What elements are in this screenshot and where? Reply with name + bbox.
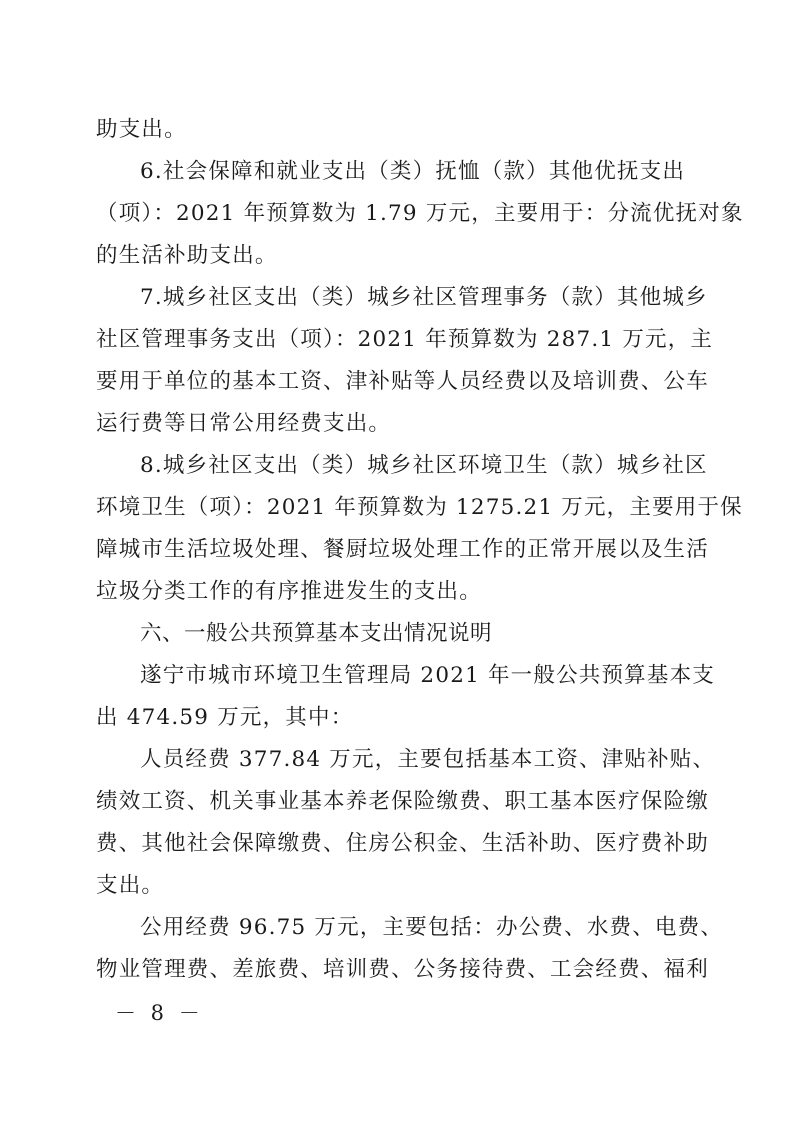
text-line: 绩效工资、机关事业基本养老保险缴费、职工基本医疗保险缴 bbox=[96, 785, 696, 827]
text-line: 社区管理事务支出（项）：2021 年预算数为 287.1 万元，主 bbox=[96, 323, 696, 365]
text-line: 助支出。 bbox=[96, 113, 696, 155]
text-line: 遂宁市城市环境卫生管理局 2021 年一般公共预算基本支 bbox=[96, 659, 696, 701]
document-page: 助支出。 6.社会保障和就业支出（类）抚恤（款）其他优抚支出 （项）：2021 … bbox=[96, 113, 696, 995]
item-7-title: 7.城乡社区支出（类）城乡社区管理事务（款）其他城乡 bbox=[96, 281, 696, 323]
text-line: 垃圾分类工作的有序推进发生的支出。 bbox=[96, 575, 696, 617]
page-number: － 8 － bbox=[115, 997, 204, 1027]
text-line: 要用于单位的基本工资、津补贴等人员经费以及培训费、公车 bbox=[96, 365, 696, 407]
personnel-expense-line: 人员经费 377.84 万元，主要包括基本工资、津贴补贴、 bbox=[96, 743, 696, 785]
text-line: 的生活补助支出。 bbox=[96, 239, 696, 281]
item-8-title: 8.城乡社区支出（类）城乡社区环境卫生（款）城乡社区 bbox=[96, 449, 696, 491]
text-line: 运行费等日常公用经费支出。 bbox=[96, 407, 696, 449]
public-expense-line: 公用经费 96.75 万元，主要包括：办公费、水费、电费、 bbox=[96, 911, 696, 953]
item-6-title: 6.社会保障和就业支出（类）抚恤（款）其他优抚支出 bbox=[96, 155, 696, 197]
section-heading: 六、一般公共预算基本支出情况说明 bbox=[96, 617, 696, 659]
text-line: （项）：2021 年预算数为 1.79 万元，主要用于：分流优抚对象 bbox=[96, 197, 696, 239]
text-line: 环境卫生（项）：2021 年预算数为 1275.21 万元，主要用于保 bbox=[96, 491, 696, 533]
text-line: 支出。 bbox=[96, 869, 696, 911]
text-line: 物业管理费、差旅费、培训费、公务接待费、工会经费、福利 bbox=[96, 953, 696, 995]
text-line: 费、其他社会保障缴费、住房公积金、生活补助、医疗费补助 bbox=[96, 827, 696, 869]
text-line: 出 474.59 万元，其中： bbox=[96, 701, 696, 743]
text-line: 障城市生活垃圾处理、餐厨垃圾处理工作的正常开展以及生活 bbox=[96, 533, 696, 575]
